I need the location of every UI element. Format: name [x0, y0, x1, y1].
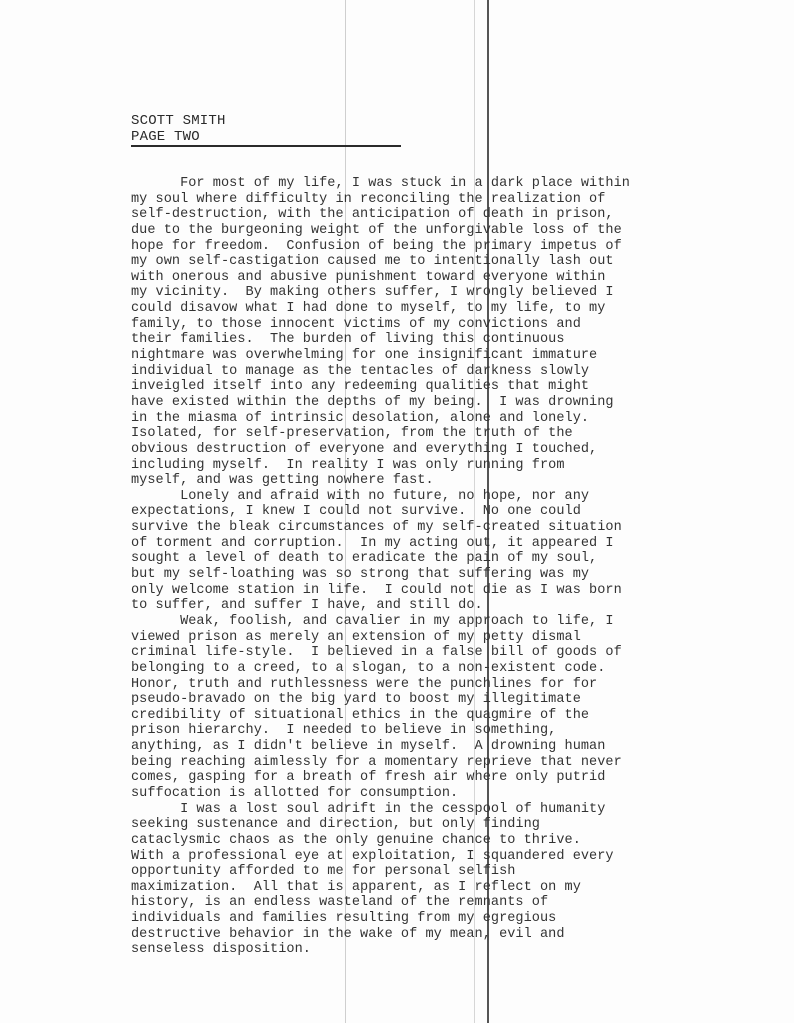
header-underline — [131, 145, 401, 147]
paragraph-line: inveigled itself into any redeeming qual… — [131, 379, 691, 395]
paragraph-line: my own self-castigation caused me to int… — [131, 254, 691, 270]
paragraph-line: pseudo-bravado on the big yard to boost … — [131, 692, 691, 708]
paragraph-line: but my self-loathing was so strong that … — [131, 567, 691, 583]
author-name: SCOTT SMITH — [131, 113, 226, 129]
paragraph-line: For most of my life, I was stuck in a da… — [131, 176, 691, 192]
page-label: PAGE TWO — [131, 129, 226, 145]
paragraph-line: seeking sustenance and direction, but on… — [131, 817, 691, 833]
paragraph-line: my soul where difficulty in reconciling … — [131, 192, 691, 208]
paragraph-line: obvious destruction of everyone and ever… — [131, 442, 691, 458]
paragraph-line: suffocation is allotted for consumption. — [131, 786, 691, 802]
paragraph-line: expectations, I knew I could not survive… — [131, 504, 691, 520]
paragraph-line: belonging to a creed, to a slogan, to a … — [131, 661, 691, 677]
paragraph-line: have existed within the depths of my bei… — [131, 395, 691, 411]
paragraph-line: in the miasma of intrinsic desolation, a… — [131, 411, 691, 427]
paragraph-line: being reaching aimlessly for a momentary… — [131, 755, 691, 771]
paragraph-line: due to the burgeoning weight of the unfo… — [131, 223, 691, 239]
paragraph-line: self-destruction, with the anticipation … — [131, 207, 691, 223]
paragraph-line: history, is an endless wasteland of the … — [131, 895, 691, 911]
paragraph-line: senseless disposition. — [131, 942, 691, 958]
paragraph-line: family, to those innocent victims of my … — [131, 317, 691, 333]
paragraph-line: Isolated, for self-preservation, from th… — [131, 426, 691, 442]
paragraph-line: individuals and families resulting from … — [131, 911, 691, 927]
document-header: SCOTT SMITH PAGE TWO — [131, 113, 226, 145]
paragraph-line: credibility of situational ethics in the… — [131, 708, 691, 724]
paragraph-line: With a professional eye at exploitation,… — [131, 849, 691, 865]
paragraph-line: anything, as I didn't believe in myself.… — [131, 739, 691, 755]
paragraph-line: including myself. In reality I was only … — [131, 458, 691, 474]
paragraph-line: to suffer, and suffer I have, and still … — [131, 598, 691, 614]
paragraph-line: cataclysmic chaos as the only genuine ch… — [131, 833, 691, 849]
paragraph-line: myself, and was getting nowhere fast. — [131, 473, 691, 489]
paragraph-line: Lonely and afraid with no future, no hop… — [131, 489, 691, 505]
paragraph-line: maximization. All that is apparent, as I… — [131, 880, 691, 896]
scanned-page: SCOTT SMITH PAGE TWO For most of my life… — [0, 0, 794, 1023]
paragraph-line: individual to manage as the tentacles of… — [131, 364, 691, 380]
paragraph-line: with onerous and abusive punishment towa… — [131, 270, 691, 286]
paragraph-line: only welcome station in life. I could no… — [131, 583, 691, 599]
paragraph-line: opportunity afforded to me for personal … — [131, 864, 691, 880]
paragraph-line: sought a level of death to eradicate the… — [131, 551, 691, 567]
paragraph-line: of torment and corruption. In my acting … — [131, 536, 691, 552]
paragraph-line: nightmare was overwhelming for one insig… — [131, 348, 691, 364]
paragraph-line: their families. The burden of living thi… — [131, 332, 691, 348]
paragraph-line: could disavow what I had done to myself,… — [131, 301, 691, 317]
paragraph-line: criminal life-style. I believed in a fal… — [131, 645, 691, 661]
document-body: For most of my life, I was stuck in a da… — [131, 176, 691, 958]
paragraph-line: viewed prison as merely an extension of … — [131, 630, 691, 646]
paragraph-line: I was a lost soul adrift in the cesspool… — [131, 802, 691, 818]
paragraph-line: Honor, truth and ruthlessness were the p… — [131, 677, 691, 693]
paragraph-line: prison hierarchy. I needed to believe in… — [131, 723, 691, 739]
paragraph-line: survive the bleak circumstances of my se… — [131, 520, 691, 536]
paragraph-line: my vicinity. By making others suffer, I … — [131, 285, 691, 301]
paragraph-line: Weak, foolish, and cavalier in my approa… — [131, 614, 691, 630]
paragraph-line: destructive behavior in the wake of my m… — [131, 927, 691, 943]
paragraph-line: hope for freedom. Confusion of being the… — [131, 239, 691, 255]
paragraph-line: comes, gasping for a breath of fresh air… — [131, 770, 691, 786]
